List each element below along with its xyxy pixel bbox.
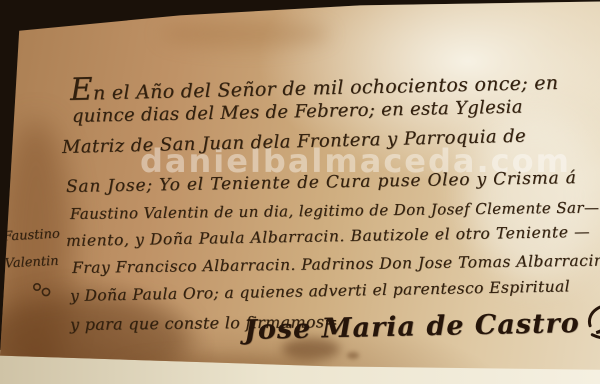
margin-note-line: Valentin [4,248,62,278]
signature-name: Jose Maria de Castro [244,308,580,346]
manuscript-line: Fray Francisco Albarracin. Padrinos Don … [72,252,600,277]
manuscript-paper: danielbalmaceda.com Faustino Valentin En… [0,0,600,384]
age-stain [160,20,330,48]
margin-flourish [30,280,56,298]
margin-note: Faustino Valentin [3,221,62,278]
manuscript-line: miento, y Doña Paula Albarracin. Bautizo… [66,223,590,250]
manuscript-line: Faustino Valentin de un dia, legitimo de… [70,199,600,223]
margin-note-line: Faustino [3,221,61,251]
photo-frame: danielbalmaceda.com Faustino Valentin En… [0,0,600,384]
ink-blot-stain [347,352,359,359]
signature-rubric-flourish [581,288,600,346]
signature: Jose Maria de Castro [243,288,600,353]
